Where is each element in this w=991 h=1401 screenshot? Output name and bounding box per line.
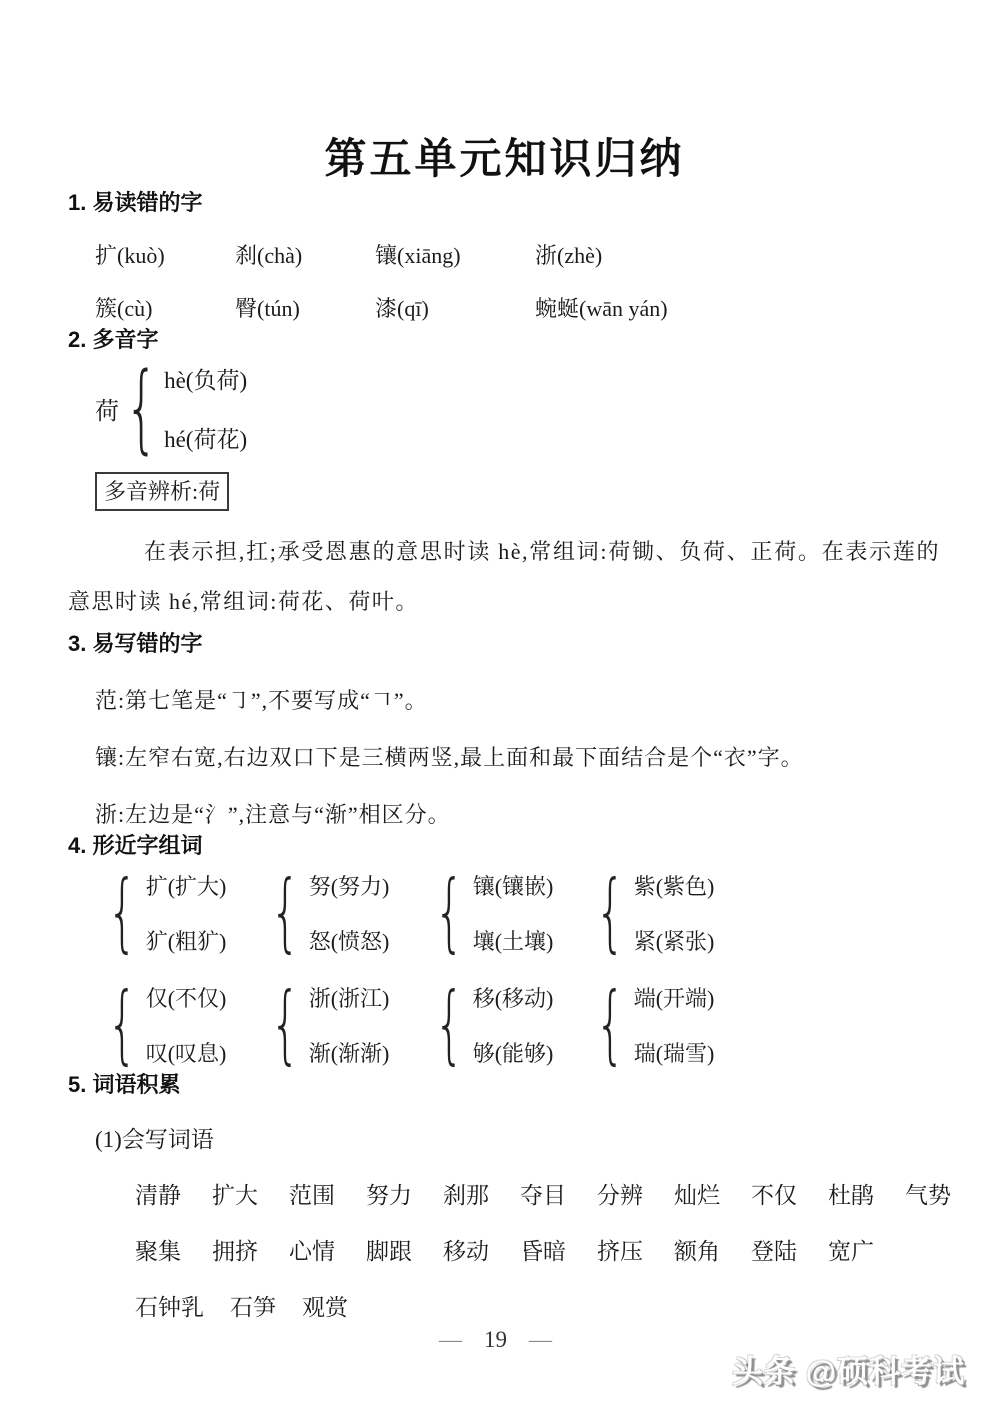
misread-item: 镶(xiāng) (375, 239, 535, 270)
similar-char-entry: 扩(扩大) (146, 870, 227, 901)
similar-char-entry: 镶(镶嵌) (473, 870, 554, 901)
section-polyphone: 2. 多音字 荷 { hè(负荷) hé(荷花) 多音辨析:荷 在表示担,扛;承… (68, 323, 941, 627)
polyphone-reading: hé(荷花) (164, 421, 247, 454)
left-brace: { (595, 986, 625, 1063)
vocab-word: 刹那 (443, 1177, 489, 1210)
vocab-word: 杜鹃 (828, 1177, 874, 1210)
section-5-heading: 5. 词语积累 (68, 1068, 941, 1099)
vocab-word: 宽广 (828, 1233, 874, 1266)
left-brace: { (107, 986, 137, 1063)
section-3-heading: 3. 易写错的字 (68, 627, 941, 658)
vocab-word: 夺目 (520, 1177, 566, 1210)
section-miswritten-chars: 3. 易写错的字 范:第七笔是“㇆”,不要写成“𠃍”。 镶:左窄右宽,右边双口下… (68, 627, 941, 829)
misread-item: 簇(cù) (95, 292, 235, 323)
vocab-word: 脚跟 (366, 1233, 412, 1266)
vocab-word: 不仅 (751, 1177, 797, 1210)
page-number: 19 (484, 1327, 507, 1352)
section-misread-chars: 1. 易读错的字 扩(kuò) 刹(chà) 镶(xiāng) 浙(zhè) 簇… (68, 186, 941, 323)
vocab-word: 灿烂 (674, 1177, 720, 1210)
vocab-word: 聚集 (135, 1233, 181, 1266)
vocab-word: 努力 (366, 1177, 412, 1210)
polyphone-reading: hè(负荷) (164, 362, 247, 395)
vocab-row-1: 清静 扩大 范围 努力 刹那 夺目 分辨 灿烂 不仅 杜鹃 气势 (135, 1177, 941, 1210)
miswritten-note: 浙:左边是“氵”,注意与“渐”相区分。 (95, 798, 941, 829)
similar-char-entry: 移(移动) (473, 982, 554, 1013)
vocab-word: 观赏 (302, 1289, 348, 1322)
vocab-word: 昏暗 (520, 1233, 566, 1266)
left-brace: { (434, 874, 464, 951)
left-brace: { (434, 986, 464, 1063)
misread-item: 臀(tún) (235, 292, 375, 323)
misread-item: 蜿蜒(wān yán) (535, 292, 941, 323)
page-title: 第五单元知识归纳 (68, 126, 941, 186)
vocab-word: 范围 (289, 1177, 335, 1210)
vocab-word: 登陆 (751, 1233, 797, 1266)
similar-char-group: { 移(移动) 够(能够) (422, 982, 583, 1068)
similar-char-entry: 够(能够) (473, 1037, 554, 1068)
watermark: 头条 @硕科考试 (732, 1346, 965, 1391)
section-similar-chars: 4. 形近字组词 { 扩(扩大) 犷(粗犷) { 努(努力) 怒(愤怒) { 镶… (68, 829, 941, 1068)
similar-chars-row-1: { 扩(扩大) 犷(粗犷) { 努(努力) 怒(愤怒) { 镶(镶嵌) 壤(土壤… (95, 870, 941, 956)
similar-char-group: { 端(开端) 瑞(瑞雪) (583, 982, 941, 1068)
footer-dash: — (439, 1327, 462, 1352)
similar-char-entry: 叹(叹息) (146, 1037, 227, 1068)
left-brace: { (270, 874, 300, 951)
similar-char-entry: 紧(紧张) (634, 925, 715, 956)
vocab-word: 石笋 (230, 1289, 276, 1322)
misread-item: 刹(chà) (235, 239, 375, 270)
vocab-row-3: 石钟乳 石笋 观赏 (135, 1289, 941, 1322)
vocab-word: 心情 (289, 1233, 335, 1266)
left-brace: { (125, 365, 159, 451)
misread-item: 浙(zhè) (535, 239, 941, 270)
vocab-word: 拥挤 (212, 1233, 258, 1266)
miswritten-note: 镶:左窄右宽,右边双口下是三横两竖,最上面和最下面结合是个“衣”字。 (95, 741, 941, 772)
similar-char-entry: 壤(土壤) (473, 925, 554, 956)
vocab-row-2: 聚集 拥挤 心情 脚跟 移动 昏暗 挤压 额角 登陆 宽广 (135, 1233, 941, 1266)
vocab-word: 额角 (674, 1233, 720, 1266)
similar-char-group: { 扩(扩大) 犷(粗犷) (95, 870, 258, 956)
document-page: 第五单元知识归纳 1. 易读错的字 扩(kuò) 刹(chà) 镶(xiāng)… (0, 0, 991, 1401)
polyphone-analysis-box: 多音辨析:荷 (95, 472, 229, 511)
similar-chars-row-2: { 仅(不仅) 叹(叹息) { 浙(浙江) 渐(渐渐) { 移(移动) 够(能够… (95, 982, 941, 1068)
vocab-word: 扩大 (212, 1177, 258, 1210)
misread-row-1: 扩(kuò) 刹(chà) 镶(xiāng) 浙(zhè) (95, 239, 941, 270)
left-brace: { (270, 986, 300, 1063)
left-brace: { (107, 874, 137, 951)
polyphone-analysis-paragraph: 在表示担,扛;承受恩惠的意思时读 hè,常组词:荷锄、负荷、正荷。在表示莲的意思… (68, 527, 940, 627)
vocab-word: 分辨 (597, 1177, 643, 1210)
miswritten-note: 范:第七笔是“㇆”,不要写成“𠃍”。 (95, 684, 941, 715)
misread-item: 漆(qī) (375, 292, 535, 323)
polyphone-character: 荷 (95, 391, 119, 426)
vocab-word: 挤压 (597, 1233, 643, 1266)
left-brace: { (595, 874, 625, 951)
vocab-word: 气势 (905, 1177, 951, 1210)
similar-char-entry: 渐(渐渐) (309, 1037, 390, 1068)
similar-char-group: { 镶(镶嵌) 壤(土壤) (422, 870, 583, 956)
similar-char-entry: 浙(浙江) (309, 982, 390, 1013)
vocab-word: 清静 (135, 1177, 181, 1210)
vocab-subheading: (1)会写词语 (95, 1121, 941, 1154)
similar-char-group: { 仅(不仅) 叹(叹息) (95, 982, 258, 1068)
similar-char-entry: 怒(愤怒) (309, 925, 390, 956)
polyphone-group: 荷 { hè(负荷) hé(荷花) (95, 362, 941, 454)
similar-char-group: { 浙(浙江) 渐(渐渐) (258, 982, 422, 1068)
similar-char-entry: 犷(粗犷) (146, 925, 227, 956)
misread-item: 扩(kuò) (95, 239, 235, 270)
similar-char-entry: 瑞(瑞雪) (634, 1037, 715, 1068)
similar-char-group: { 紫(紫色) 紧(紧张) (583, 870, 941, 956)
similar-char-group: { 努(努力) 怒(愤怒) (258, 870, 422, 956)
section-1-heading: 1. 易读错的字 (68, 186, 941, 217)
misread-row-2: 簇(cù) 臀(tún) 漆(qī) 蜿蜒(wān yán) (95, 292, 941, 323)
footer-dash: — (529, 1327, 552, 1352)
vocab-word: 移动 (443, 1233, 489, 1266)
polyphone-readings: hè(负荷) hé(荷花) (164, 362, 247, 454)
vocab-word: 石钟乳 (135, 1289, 204, 1322)
similar-char-entry: 努(努力) (309, 870, 390, 901)
section-vocabulary: 5. 词语积累 (1)会写词语 清静 扩大 范围 努力 刹那 夺目 分辨 灿烂 … (68, 1068, 941, 1322)
section-4-heading: 4. 形近字组词 (68, 829, 941, 860)
similar-char-entry: 仅(不仅) (146, 982, 227, 1013)
section-2-heading: 2. 多音字 (68, 323, 941, 354)
similar-char-entry: 端(开端) (634, 982, 715, 1013)
similar-char-entry: 紫(紫色) (634, 870, 715, 901)
